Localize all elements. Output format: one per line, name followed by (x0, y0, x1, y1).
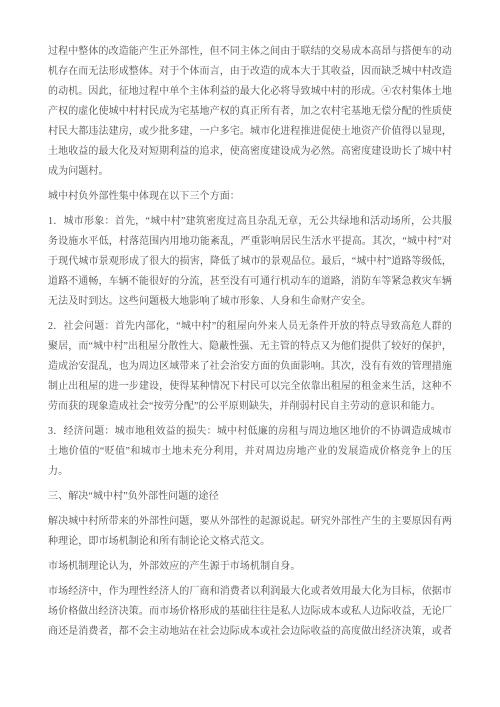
paragraph-market-mechanism-theory: 市场机制理论认为，外部效应的产生源于市场机制自身。 (48, 557, 452, 577)
paragraph-market-economy-detail: 市场经济中，作为理性经济人的厂商和消费者以利润最大化或者效用最大化为目标，依据市… (48, 582, 452, 642)
document-page: 过程中整体的改造能产生正外部性，但不同主体之间由于联结的交易成本高昂与搭便车的动… (0, 0, 500, 707)
paragraph-item-1-city-image: 1．城市形象：首先，“城中村”建筑密度过高且杂乱无章，无公共绿地和活动场所，公共… (48, 212, 452, 312)
paragraph-item-2-social-problems: 2．社会问题：首先内部化，“城中村”的租屋向外来人员无条件开放的特点导致高危人群… (48, 317, 452, 417)
paragraph-negative-externality-intro: 城中村负外部性集中体现在以下三个方面： (48, 187, 452, 207)
section-heading-solutions: 三、解决“城中村”负外部性问题的途径 (48, 487, 452, 507)
paragraph-continuation-externality-causes: 过程中整体的改造能产生正外部性，但不同主体之间由于联结的交易成本高昂与搭便车的动… (48, 42, 452, 182)
document-screenshot: { "page": { "background_color": "#ffffff… (0, 0, 500, 707)
paragraph-item-3-economic-problems: 3．经济问题：城市地租效益的损失：城中村低廉的房租与周边地区地价的不协调造成城市… (48, 422, 452, 482)
paragraph-solutions-intro: 解决城中村所带来的外部性问题，要从外部性的起源说起。研究外部性产生的主要原因有两… (48, 512, 452, 552)
